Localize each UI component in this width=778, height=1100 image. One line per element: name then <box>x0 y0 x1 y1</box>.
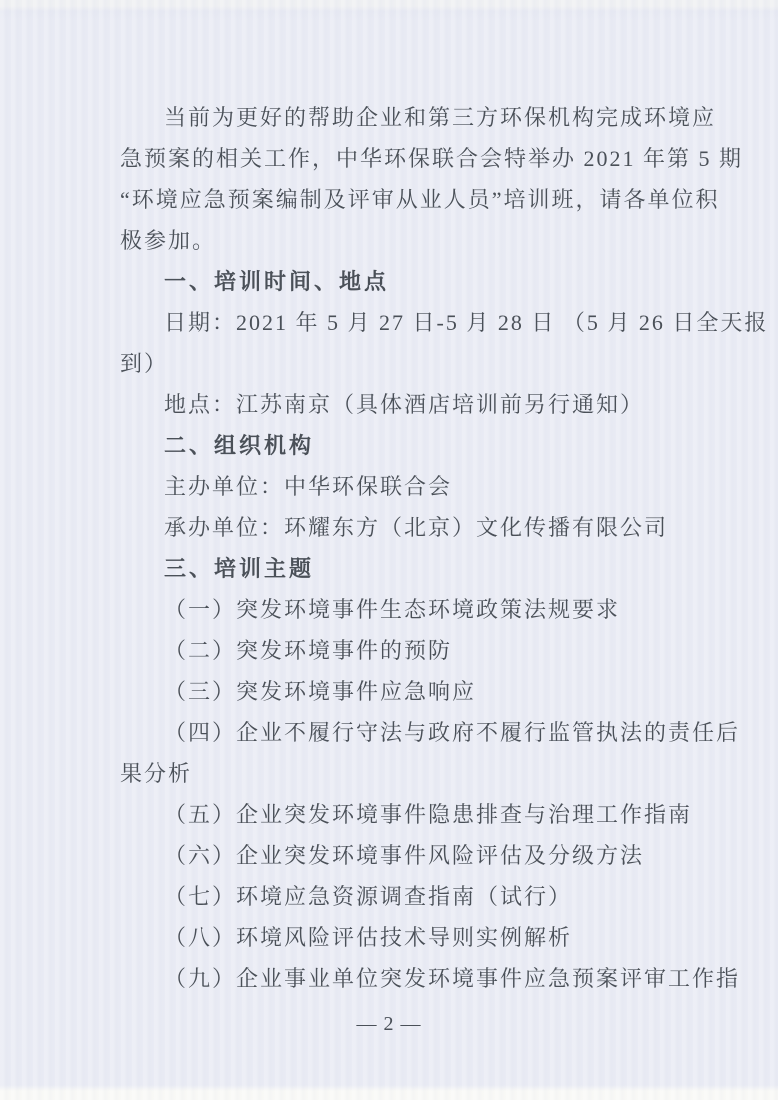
page-number: — 2 — <box>0 1013 778 1036</box>
topic-3: （三）突发环境事件应急响应 <box>120 671 708 712</box>
topic-1: （一）突发环境事件生态环境政策法规要求 <box>120 589 708 630</box>
intro-line-4: 极参加。 <box>120 220 708 261</box>
organizer-unit-line: 承办单位：环耀东方（北京）文化传播有限公司 <box>120 507 708 548</box>
topic-4-line-1: （四）企业不履行守法与政府不履行监管执法的责任后 <box>120 712 708 753</box>
topic-5: （五）企业突发环境事件隐患排查与治理工作指南 <box>120 794 708 835</box>
topic-4-line-2: 果分析 <box>120 753 708 794</box>
intro-line-2: 急预案的相关工作，中华环保联合会特举办 2021 年第 5 期 <box>120 138 708 179</box>
date-line-2: 到） <box>120 343 708 384</box>
document-body: 当前为更好的帮助企业和第三方环保机构完成环境应 急预案的相关工作，中华环保联合会… <box>120 97 708 999</box>
section2-heading: 二、组织机构 <box>120 425 708 466</box>
topic-8: （八）环境风险评估技术导则实例解析 <box>120 917 708 958</box>
section3-heading: 三、培训主题 <box>120 548 708 589</box>
intro-line-3: “环境应急预案编制及评审从业人员”培训班，请各单位积 <box>120 179 708 220</box>
host-unit-line: 主办单位：中华环保联合会 <box>120 466 708 507</box>
intro-line-1: 当前为更好的帮助企业和第三方环保机构完成环境应 <box>120 97 708 138</box>
topic-7: （七）环境应急资源调查指南（试行） <box>120 876 708 917</box>
venue-line: 地点：江苏南京（具体酒店培训前另行通知） <box>120 384 708 425</box>
scanned-page: 当前为更好的帮助企业和第三方环保机构完成环境应 急预案的相关工作，中华环保联合会… <box>0 0 778 1100</box>
section1-heading: 一、培训时间、地点 <box>120 261 708 302</box>
topic-9-line-1: （九）企业事业单位突发环境事件应急预案评审工作指 <box>120 958 708 999</box>
topic-6: （六）企业突发环境事件风险评估及分级方法 <box>120 835 708 876</box>
date-line-1: 日期：2021 年 5 月 27 日-5 月 28 日 （5 月 26 日全天报 <box>120 302 708 343</box>
topic-2: （二）突发环境事件的预防 <box>120 630 708 671</box>
